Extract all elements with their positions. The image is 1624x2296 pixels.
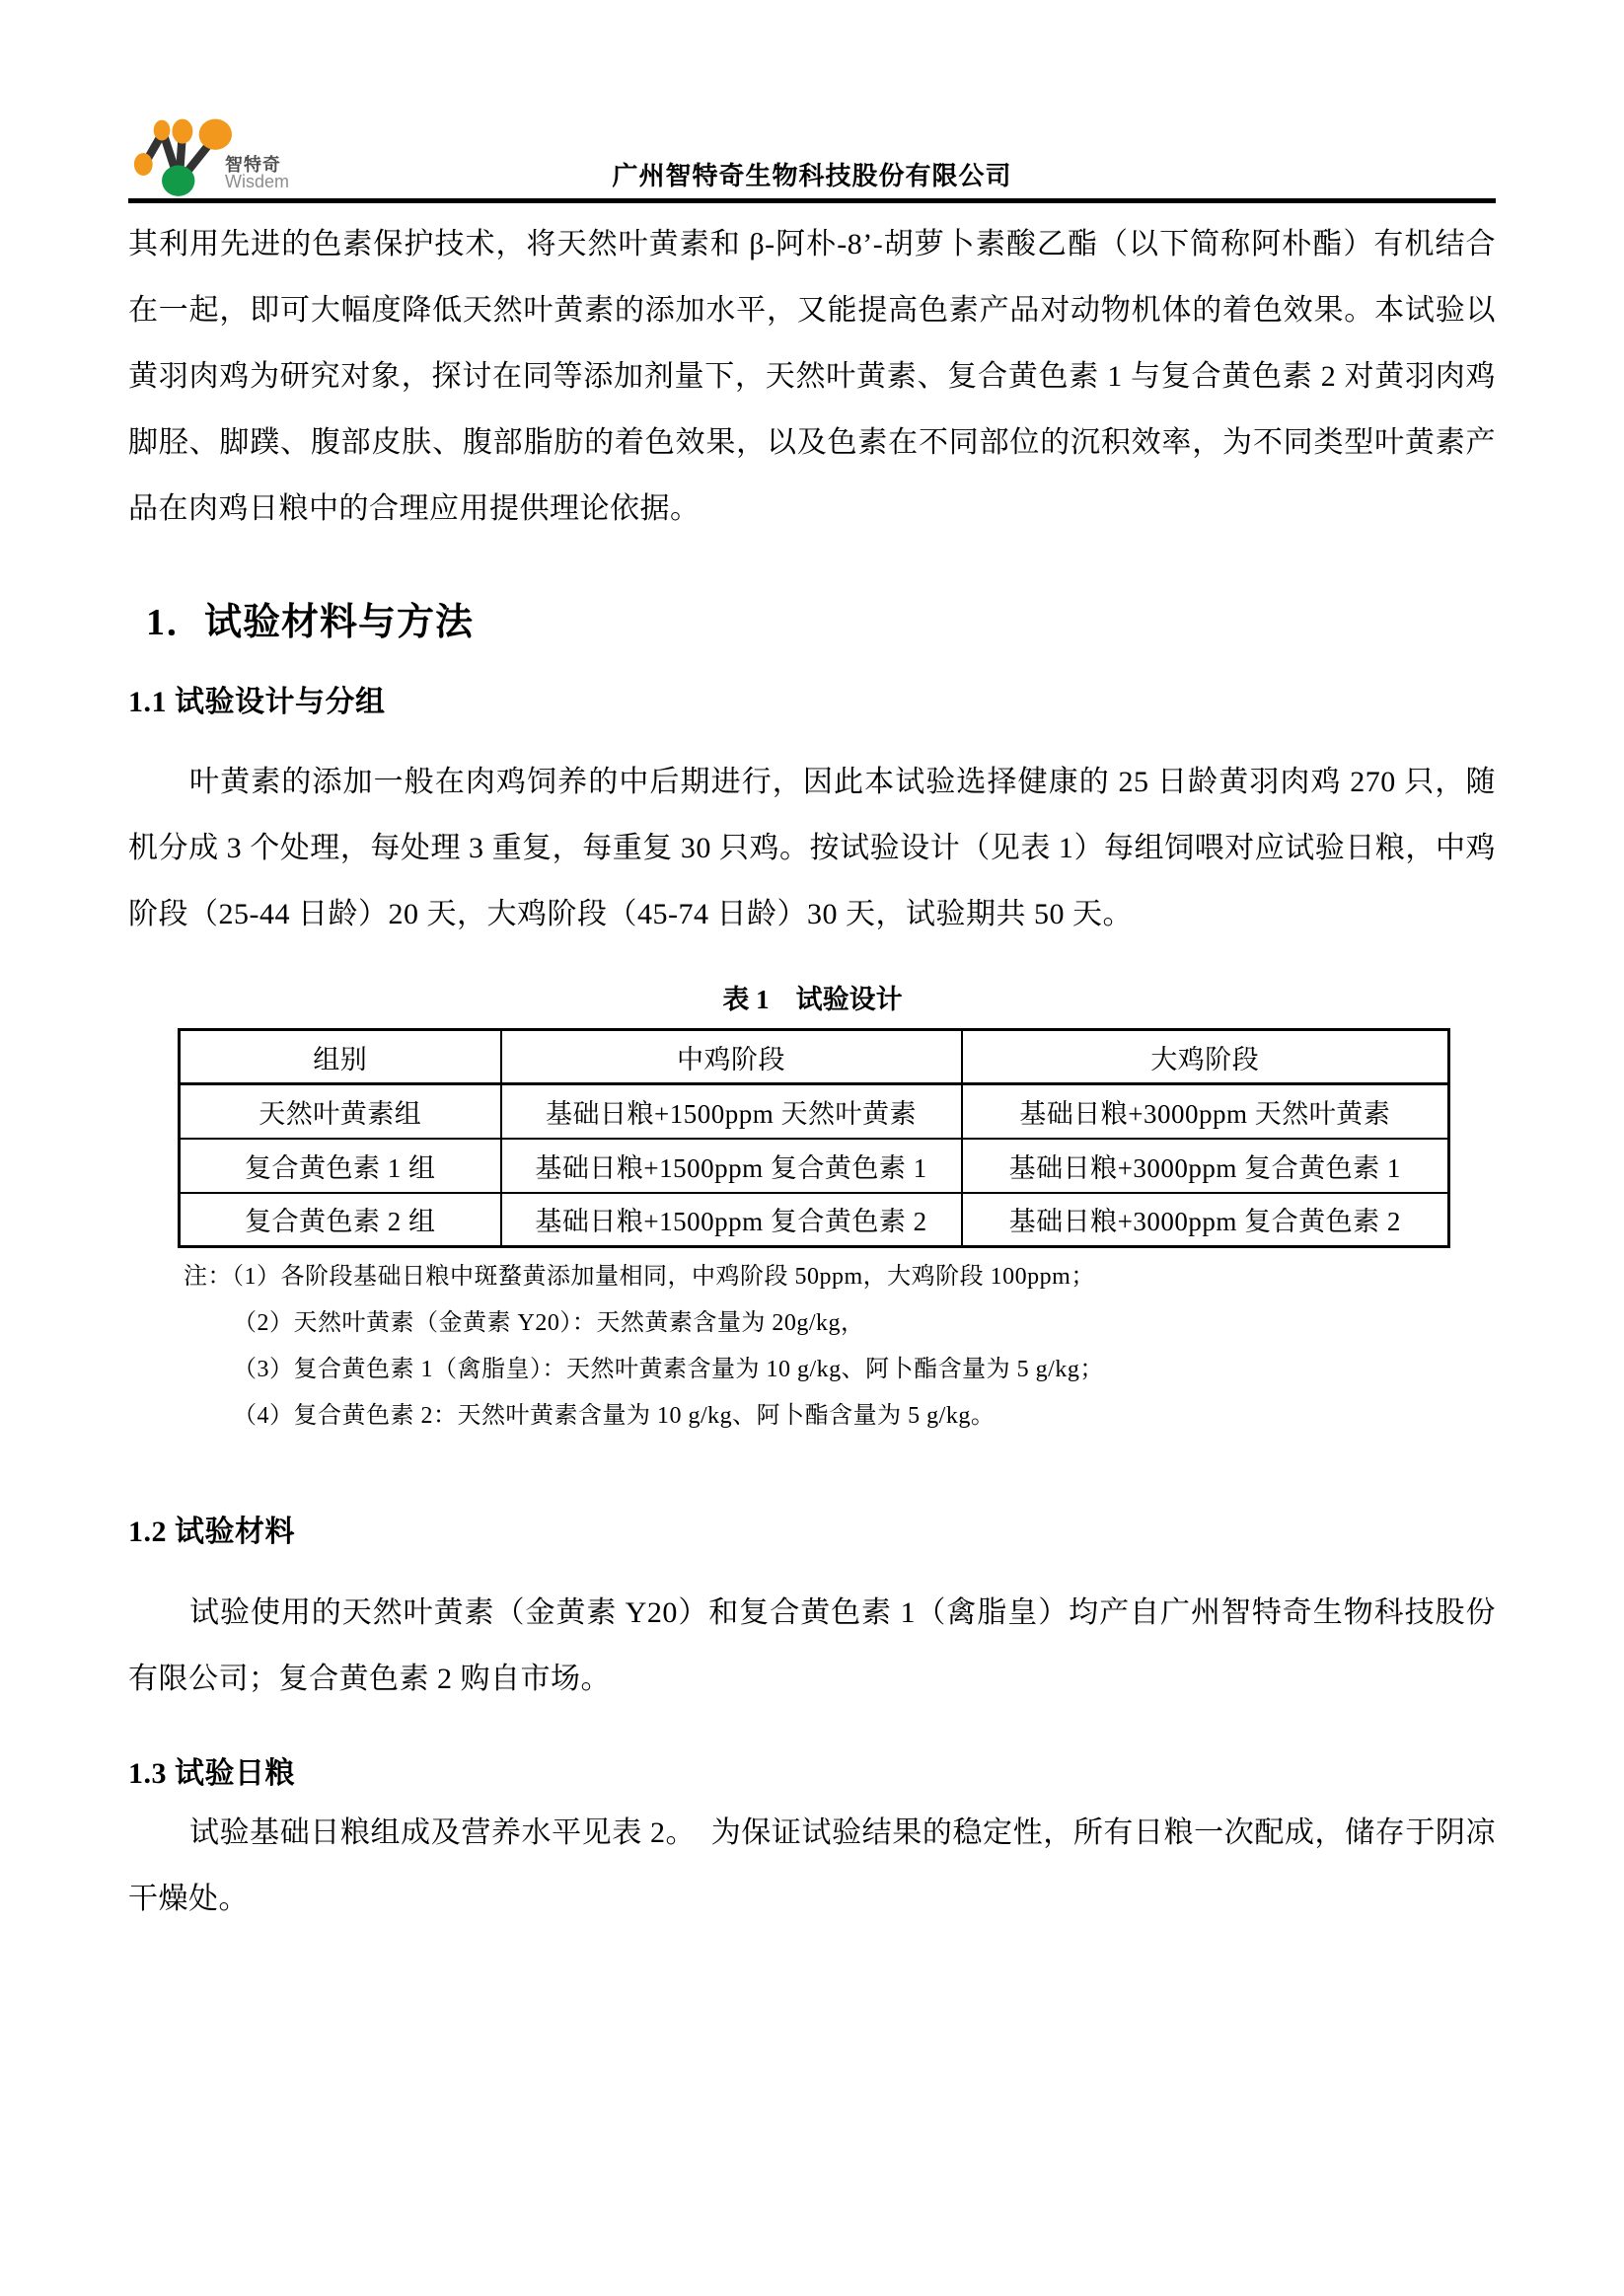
table-cell: 基础日粮+1500ppm 复合黄色素 1 [501,1139,962,1193]
table-row: 天然叶黄素组 基础日粮+1500ppm 天然叶黄素 基础日粮+3000ppm 天… [180,1084,1449,1139]
section-heading-1-1: 1.1 试验设计与分组 [128,683,1496,722]
table-cell: 复合黄色素 1 组 [180,1139,501,1193]
table-cell: 基础日粮+3000ppm 复合黄色素 2 [962,1193,1449,1247]
note-item: （3）复合黄色素 1（禽脂皇）：天然叶黄素含量为 10 g/kg、阿卜酯含量为 … [233,1357,1104,1382]
note-item: （4）复合黄色素 2：天然叶黄素含量为 10 g/kg、阿卜酯含量为 5 g/k… [233,1403,995,1429]
note-item: （1）各阶段基础日粮中斑蝥黄添加量相同，中鸡阶段 50ppm，大鸡阶段 100p… [232,1264,1095,1290]
table-cell: 基础日粮+3000ppm 天然叶黄素 [962,1084,1449,1139]
table-header-cell: 大鸡阶段 [962,1030,1449,1084]
table1-notes: 注：（1）各阶段基础日粮中斑蝥黄添加量相同，中鸡阶段 50ppm，大鸡阶段 10… [184,1254,1496,1440]
table-header-cell: 组别 [180,1030,501,1084]
table-cell: 天然叶黄素组 [180,1084,501,1139]
table-row: 复合黄色素 2 组 基础日粮+1500ppm 复合黄色素 2 基础日粮+3000… [180,1193,1449,1247]
table-cell: 基础日粮+1500ppm 复合黄色素 2 [501,1193,962,1247]
paragraph-1-3: 试验基础日粮组成及营养水平见表 2。 为保证试验结果的稳定性，所有日粮一次配成，… [128,1800,1496,1932]
note-line: 注：（1）各阶段基础日粮中斑蝥黄添加量相同，中鸡阶段 50ppm，大鸡阶段 10… [184,1254,1496,1300]
paragraph-1-2: 试验使用的天然叶黄素（金黄素 Y20）和复合黄色素 1（禽脂皇）均产自广州智特奇… [128,1580,1496,1712]
table-row: 组别 中鸡阶段 大鸡阶段 [180,1030,1449,1084]
table1-caption: 表 1 试验设计 [178,982,1447,1017]
section-heading-1-2: 1.2 试验材料 [128,1513,1496,1552]
table-row: 复合黄色素 1 组 基础日粮+1500ppm 复合黄色素 1 基础日粮+3000… [180,1139,1449,1193]
paragraph-1-1: 叶黄素的添加一般在肉鸡饲养的中后期进行，因此本试验选择健康的 25 日龄黄羽肉鸡… [128,749,1496,947]
company-name: 广州智特奇生物科技股份有限公司 [128,156,1496,192]
table-cell: 基础日粮+3000ppm 复合黄色素 1 [962,1139,1449,1193]
note-line: （2）天然叶黄素（金黄素 Y20）：天然黄素含量为 20g/kg， [184,1300,1496,1347]
note-line: （3）复合黄色素 1（禽脂皇）：天然叶黄素含量为 10 g/kg、阿卜酯含量为 … [184,1347,1496,1393]
document-page: 智特奇 Wisdem 广州智特奇生物科技股份有限公司 其利用先进的色素保护技术，… [0,0,1624,2296]
page-header: 智特奇 Wisdem 广州智特奇生物科技股份有限公司 [128,0,1496,203]
table1-experiment-design: 组别 中鸡阶段 大鸡阶段 天然叶黄素组 基础日粮+1500ppm 天然叶黄素 基… [178,1028,1450,1248]
table-cell: 复合黄色素 2 组 [180,1193,501,1247]
note-line: （4）复合黄色素 2：天然叶黄素含量为 10 g/kg、阿卜酯含量为 5 g/k… [184,1393,1496,1440]
section-heading-1: 1．试验材料与方法 [146,601,1496,644]
intro-paragraph: 其利用先进的色素保护技术，将天然叶黄素和 β-阿朴-8’-胡萝卜素酸乙酯（以下简… [128,211,1496,542]
table-header-cell: 中鸡阶段 [501,1030,962,1084]
note-item: （2）天然叶黄素（金黄素 Y20）：天然黄素含量为 20g/kg， [233,1310,865,1336]
document-content: 其利用先进的色素保护技术，将天然叶黄素和 β-阿朴-8’-胡萝卜素酸乙酯（以下简… [128,211,1496,1932]
table-cell: 基础日粮+1500ppm 天然叶黄素 [501,1084,962,1139]
notes-label: 注： [184,1264,232,1290]
section-heading-1-3: 1.3 试验日粮 [128,1754,1496,1794]
